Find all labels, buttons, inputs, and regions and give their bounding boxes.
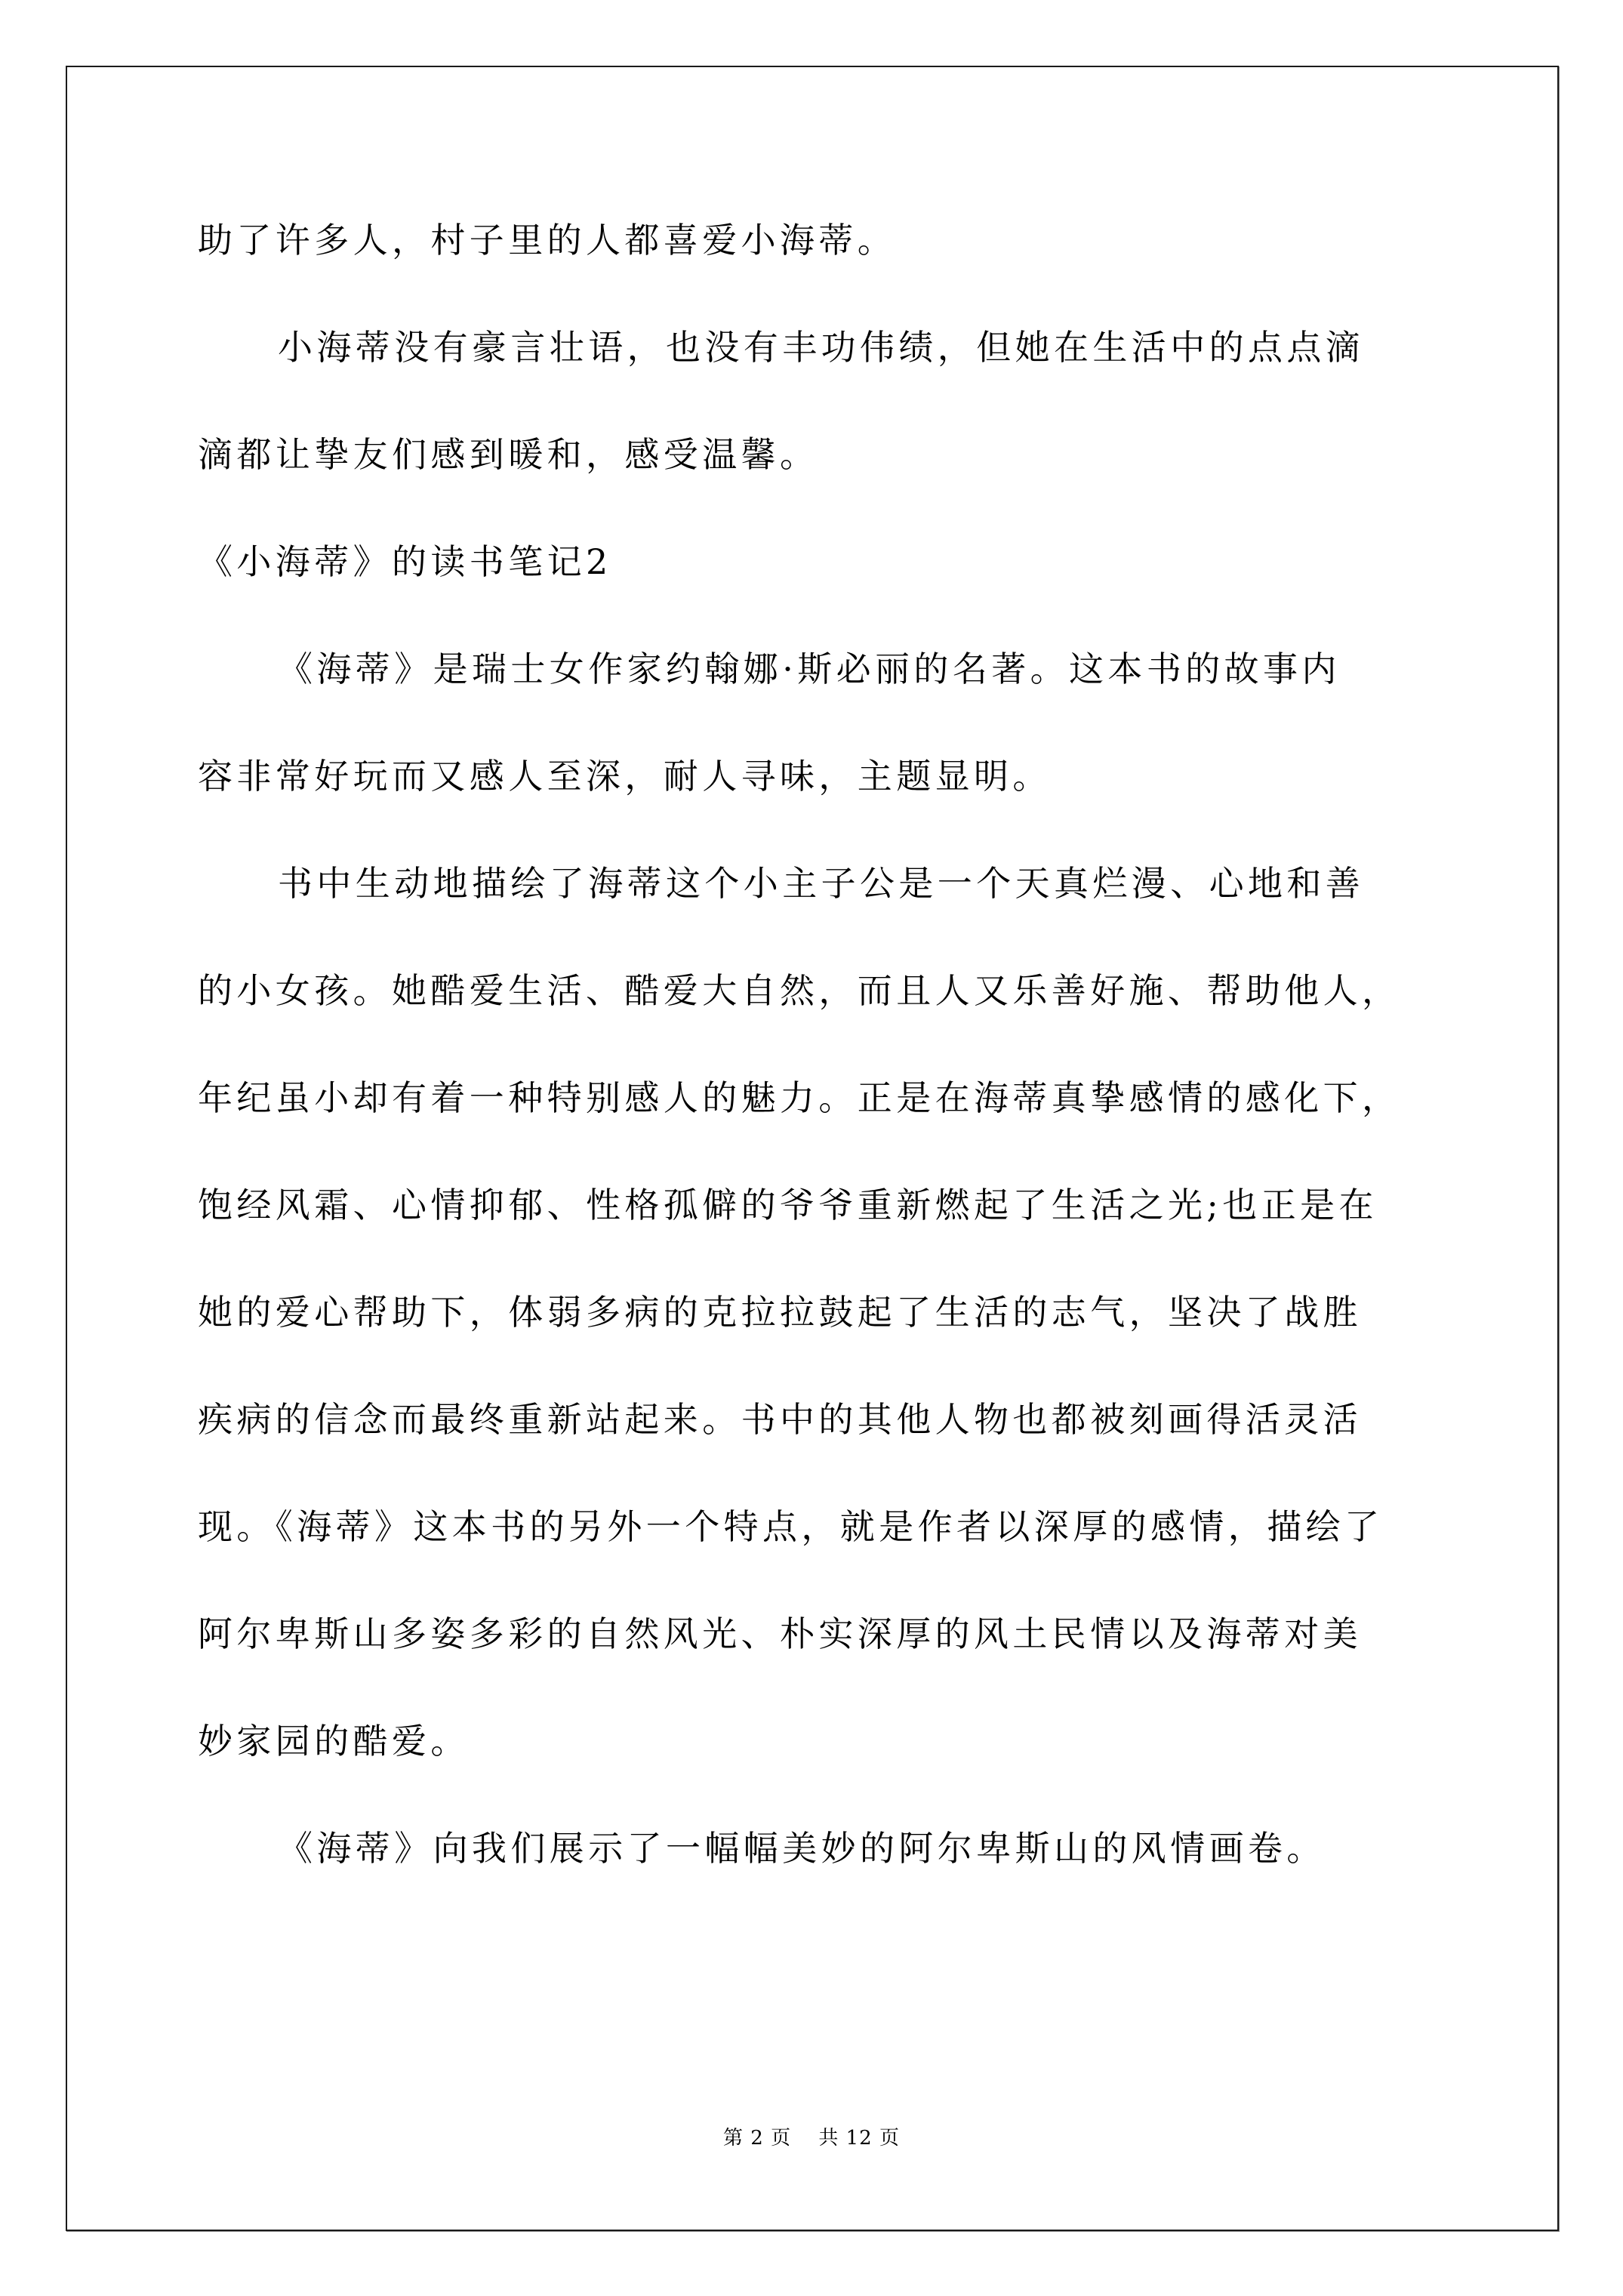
text-line: 容非常好玩而又感人至深，耐人寻味，主题显明。 xyxy=(198,755,1052,797)
text-line: 小海蒂没有豪言壮语，也没有丰功伟绩，但她在生活中的点点滴 xyxy=(278,326,1364,368)
text-line: 的小女孩。她酷爱生活、酷爱大自然，而且人又乐善好施、帮助他人， xyxy=(198,969,1400,1012)
text-line: 滴都让挚友们感到暖和，感受温馨。 xyxy=(198,433,818,476)
text-line: 年纪虽小却有着一种特别感人的魅力。正是在海蒂真挚感情的感化下， xyxy=(198,1077,1400,1119)
page-border xyxy=(66,66,1559,2231)
text-line: 现。《海蒂》这本书的另外一个特点，就是作者以深厚的感情，描绘了 xyxy=(198,1505,1383,1548)
text-line: 她的爱心帮助下，体弱多病的克拉拉鼓起了生活的志气，坚决了战胜 xyxy=(198,1291,1362,1333)
text-line: 《海蒂》是瑞士女作家约翰娜·斯必丽的名著。这本书的故事内 xyxy=(278,648,1341,690)
text-line: 疾病的信念而最终重新站起来。书中的其他人物也都被刻画得活灵活 xyxy=(198,1398,1362,1441)
text-line: 书中生动地描绘了海蒂这个小主子公是一个天真烂漫、心地和善 xyxy=(278,862,1364,905)
text-line: 《海蒂》向我们展示了一幅幅美妙的阿尔卑斯山的风情画卷。 xyxy=(278,1827,1326,1869)
text-line: 饱经风霜、心情抑郁、性格孤僻的爷爷重新燃起了生活之光;也正是在 xyxy=(198,1184,1378,1226)
text-line: 阿尔卑斯山多姿多彩的自然风光、朴实深厚的风土民情以及海蒂对美 xyxy=(198,1613,1362,1655)
text-line: 妙家园的酷爱。 xyxy=(198,1720,470,1762)
page-footer: 第 2 页 共 12 页 xyxy=(0,2125,1623,2151)
text-line: 助了许多人，村子里的人都喜爱小海蒂。 xyxy=(198,219,896,261)
section-heading: 《小海蒂》的读书笔记2 xyxy=(198,541,612,583)
